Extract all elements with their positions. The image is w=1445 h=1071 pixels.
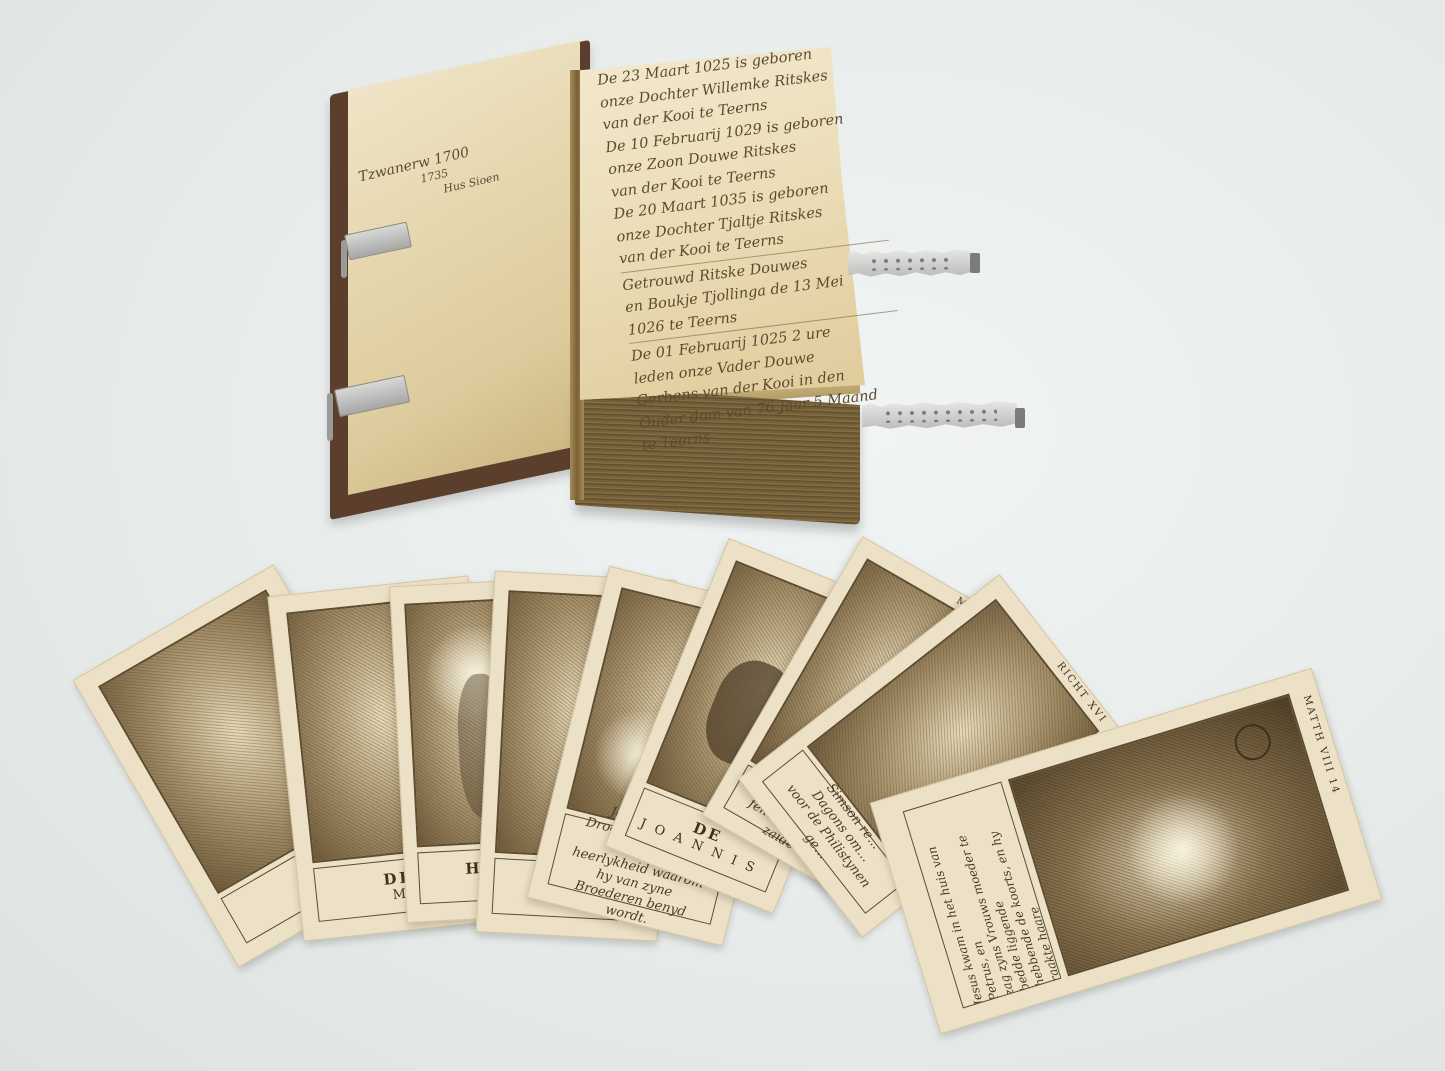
- clasp-pierced-pattern: [868, 255, 953, 270]
- clasp-catch: [1015, 408, 1025, 428]
- clasp-pierced-pattern: [882, 407, 997, 423]
- window-icon: [1231, 720, 1276, 765]
- hinge-pin: [341, 240, 347, 278]
- figure-light: [1111, 779, 1255, 919]
- family-register: De 23 Maart 1025 is geboren onze Dochter…: [596, 37, 912, 457]
- clasp-catch: [970, 253, 980, 273]
- antique-bible: Tzwanerw 1700 1735 Hus Sioen De 23 Maart…: [0, 0, 1445, 560]
- hinge-pin: [327, 393, 333, 441]
- photo-scene: Tzwanerw 1700 1735 Hus Sioen De 23 Maart…: [0, 0, 1445, 1071]
- front-pastedown: [348, 41, 580, 495]
